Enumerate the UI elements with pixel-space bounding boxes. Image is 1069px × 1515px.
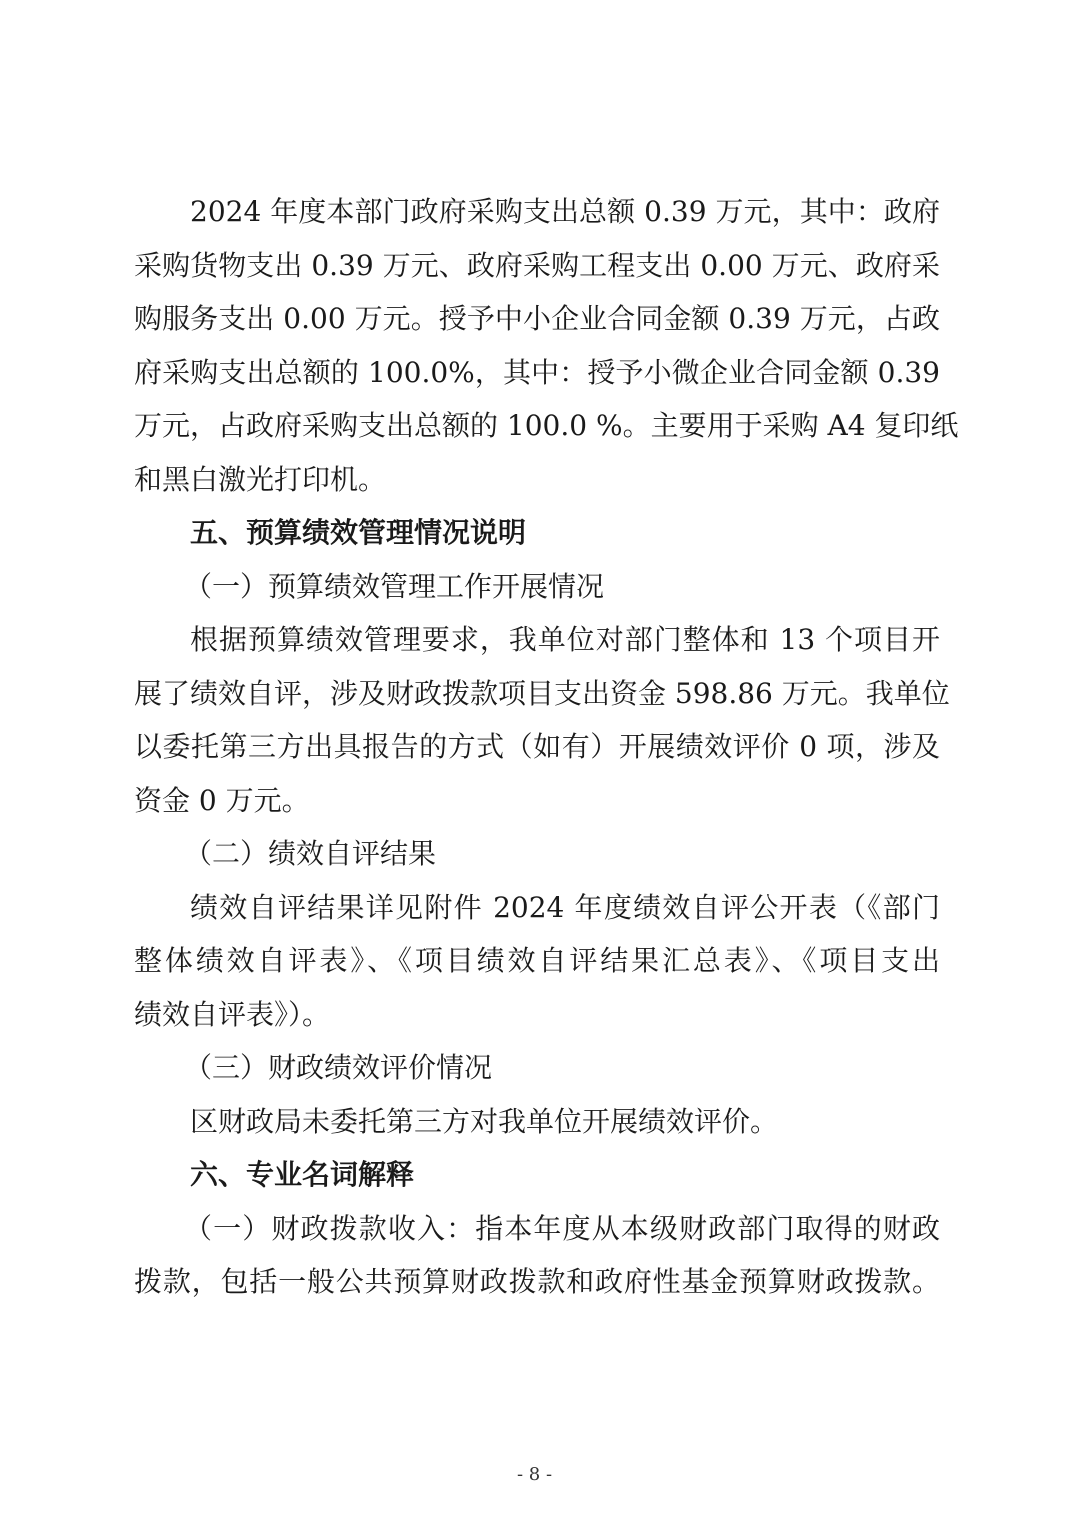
text-line: 根据预算绩效管理要求，我单位对部门整体和 13 个项目开 (134, 613, 940, 667)
text-line: 2024 年度本部门政府采购支出总额 0.39 万元，其中：政府 (134, 185, 940, 239)
text-line: 整体绩效自评表》、《项目绩效自评结果汇总表》、《项目支出 (134, 934, 940, 988)
self-evaluation-paragraph: 绩效自评结果详见附件 2024 年度绩效自评公开表（《部门 整体绩效自评表》、《… (134, 881, 940, 1042)
text-line: 区财政局未委托第三方对我单位开展绩效评价。 (134, 1095, 940, 1149)
text-line: 万元，占政府采购支出总额的 100.0 %。主要用于采购 A4 复印纸 (134, 399, 940, 453)
document-page: 2024 年度本部门政府采购支出总额 0.39 万元，其中：政府 采购货物支出 … (134, 185, 940, 1309)
text-line: 采购货物支出 0.39 万元、政府采购工程支出 0.00 万元、政府采 (134, 239, 940, 293)
text-line: 绩效自评表》）。 (134, 988, 940, 1042)
section-5-2-heading: （二）绩效自评结果 (134, 827, 940, 881)
section-5-1-heading: （一）预算绩效管理工作开展情况 (134, 560, 940, 614)
procurement-paragraph: 2024 年度本部门政府采购支出总额 0.39 万元，其中：政府 采购货物支出 … (134, 185, 940, 506)
fiscal-evaluation-paragraph: 区财政局未委托第三方对我单位开展绩效评价。 (134, 1095, 940, 1149)
text-line: 绩效自评结果详见附件 2024 年度绩效自评公开表（《部门 (134, 881, 940, 935)
text-line: 资金 0 万元。 (134, 774, 940, 828)
section-5-heading: 五、预算绩效管理情况说明 (134, 506, 940, 560)
text-line: 和黑白激光打印机。 (134, 453, 940, 507)
section-5-3-heading: （三）财政绩效评价情况 (134, 1041, 940, 1095)
text-line: （一）财政拨款收入：指本年度从本级财政部门取得的财政 (134, 1202, 940, 1256)
text-line: 购服务支出 0.00 万元。授予中小企业合同金额 0.39 万元，占政 (134, 292, 940, 346)
page-number: - 8 - (0, 1464, 1069, 1485)
text-line: 以委托第三方出具报告的方式（如有）开展绩效评价 0 项，涉及 (134, 720, 940, 774)
text-line: 府采购支出总额的 100.0%，其中：授予小微企业合同金额 0.39 (134, 346, 940, 400)
text-line: 拨款，包括一般公共预算财政拨款和政府性基金预算财政拨款。 (134, 1255, 940, 1309)
section-6-heading: 六、专业名词解释 (134, 1148, 940, 1202)
glossary-item-1: （一）财政拨款收入：指本年度从本级财政部门取得的财政 拨款，包括一般公共预算财政… (134, 1202, 940, 1309)
text-line: 展了绩效自评，涉及财政拨款项目支出资金 598.86 万元。我单位 (134, 667, 940, 721)
performance-management-paragraph: 根据预算绩效管理要求，我单位对部门整体和 13 个项目开 展了绩效自评，涉及财政… (134, 613, 940, 827)
